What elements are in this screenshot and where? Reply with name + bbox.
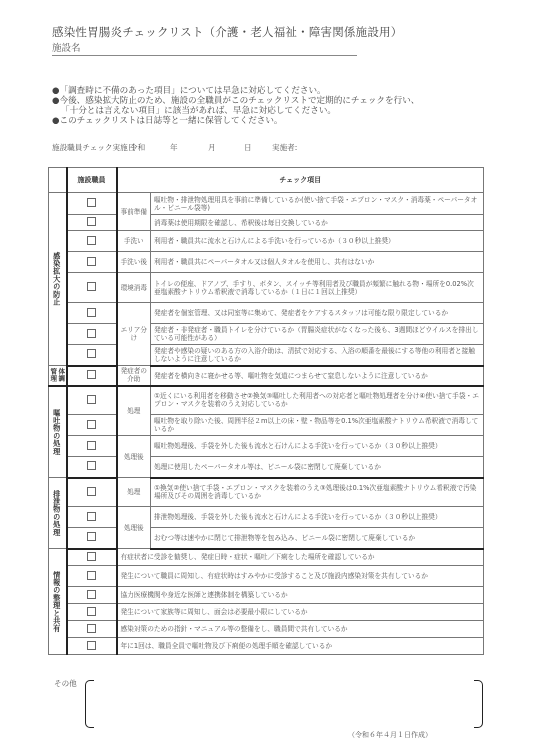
subcategory: 環境消毒 [117, 273, 151, 303]
check-item: トイレの便座、ドアノブ、手すり、ボタン、スイッチ等利用者及び職員が頻繁に触れる物… [151, 273, 484, 303]
facility-name-field[interactable]: 施設名 [52, 40, 357, 56]
table-row: 環境消毒 トイレの便座、ドアノブ、手すり、ボタン、スイッチ等利用者及び職員が頻繁… [49, 273, 484, 303]
subcategory: 処理後 [117, 507, 151, 549]
check-item: 年に1回は、職員全員で嘔吐物及び下痢便の処理手順を確認しているか [117, 638, 484, 655]
checkbox[interactable] [87, 420, 96, 429]
check-item: 嘔吐物処理後、手袋を外した後も流水と石けんによる手洗いを行っているか（３０秒以上… [151, 436, 484, 457]
checkbox[interactable] [87, 282, 96, 291]
note-3: ●このチェックリストは日誌等と一緒に保管してください。 [52, 116, 532, 126]
other-notes-bracket-right [474, 680, 483, 728]
check-item: 協力医療機関や身近な医師と連携体制を構築しているか [117, 587, 484, 604]
check-item: 発生について家族等に周知し、面会は必要最小限にしているか [117, 604, 484, 621]
table-header-row: 施設職員 チェック項目 [49, 168, 484, 193]
check-item: 発生について職員に周知し、有症状時はすみやかに受診すること及び施設内感染対策を共… [117, 566, 484, 587]
category-information-sharing: 情報の整理と共有 [49, 549, 67, 655]
table-row: 年に1回は、職員全員で嘔吐物及び下痢便の処理手順を確認しているか [49, 638, 484, 655]
subcategory: 処理 [117, 386, 151, 436]
subcategory: 処理後 [117, 436, 151, 478]
table-row: 体調管理 発症者の介助 発症者を横向きに寝かせる等、嘔吐物を気道につまらせて窒息… [49, 366, 484, 386]
instructions: ●「調査時に不備のあった項目」については早急に対応してください。 ●今後、感染拡… [52, 86, 532, 126]
checkbox[interactable] [87, 329, 96, 338]
year-field[interactable]: 年 [170, 142, 208, 153]
checkbox[interactable] [87, 308, 96, 317]
check-item: 利用者・職員共に流水と石けんによる手洗いを行っているか（３０秒以上推奨） [151, 231, 484, 252]
category-infection-prevention: 感染拡大の防止 [49, 193, 67, 366]
inspector-field[interactable]: 実施者: [272, 142, 297, 153]
page-title: 感染性胃腸炎チェックリスト（介護・老人福祉・障害関係施設用） [52, 24, 402, 40]
checkbox[interactable] [87, 624, 96, 633]
note-1: ●「調査時に不備のあった項目」については早急に対応してください。 [52, 86, 532, 96]
table-row: 消毒薬は使用期限を確認し、希釈後は毎日交換しているか [49, 215, 484, 231]
items-header: チェック項目 [117, 168, 484, 193]
day-field[interactable]: 日 [244, 142, 272, 153]
category-header [49, 168, 67, 193]
table-row: 手洗い 利用者・職員共に流水と石けんによる手洗いを行っているか（３０秒以上推奨） [49, 231, 484, 252]
month-field[interactable]: 月 [208, 142, 244, 153]
category-vomit-handling: 嘔吐物の処理 [49, 386, 67, 478]
checkbox[interactable] [87, 370, 96, 379]
check-item: 発症者や感染の疑いのある方の入浴介助は、清拭で対応する、入浴の順番を最後にする等… [151, 345, 484, 366]
table-row: 協力医療機関や身近な医師と連携体制を構築しているか [49, 587, 484, 604]
table-row: 発生について職員に周知し、有症状時はすみやかに受診すること及び施設内感染対策を共… [49, 566, 484, 587]
check-item: 処理に使用したペーパータオル等は、ビニール袋に密閉して廃棄しているか [151, 457, 484, 478]
table-row: エリア分け 発症者を個室管理、又は同室等に集めて、発症者をケアするスタッフは可能… [49, 303, 484, 324]
checkbox[interactable] [87, 487, 96, 496]
check-date-label: 施設職員チェック実施日 [52, 142, 130, 153]
check-item: 発症者・非発症者・職員トイレを分けているか（胃腸炎症状がなくなった後も、3週間ほ… [151, 324, 484, 345]
checkbox[interactable] [87, 571, 96, 580]
checkbox[interactable] [87, 552, 96, 561]
table-row: 処理後 排泄物処理後、手袋を外した後も流水と石けんによる手洗いを行っているか（３… [49, 507, 484, 528]
table-row: 感染対策のための指針・マニュアル等の整備をし、職員間で共有しているか [49, 621, 484, 638]
staff-header: 施設職員 [67, 168, 117, 193]
check-item: 利用者・職員共にペーパータオル又は個人タオルを使用し、共有はないか [151, 252, 484, 273]
category-health-management: 体調管理 [49, 366, 67, 386]
subcategory: 手洗い [117, 231, 151, 252]
check-item: 有症状者に受診を勧奨し、発症日時・症状・嘔吐／下痢をした場所を確認しているか [117, 549, 484, 566]
checkbox[interactable] [87, 395, 96, 404]
subcategory: 処理 [117, 478, 151, 507]
table-row: 感染拡大の防止 事前準備 嘔吐物・排泄物処理用具を事前に準備しているか(使い捨て… [49, 193, 484, 215]
table-row: 嘔吐物を取り除いた後、周囲半径２m以上の床・壁・物品等を0.1%次亜塩素酸ナトリ… [49, 415, 484, 436]
check-item: 発症者を個室管理、又は同室等に集めて、発症者をケアするスタッフは可能な限り限定し… [151, 303, 484, 324]
checkbox[interactable] [87, 217, 96, 226]
check-date-line: 施設職員チェック実施日令和年月日実施者: [52, 142, 297, 153]
table-row: おむつ等は速やかに閉じて排泄物等を包み込み、ビニール袋に密閉して廃棄しているか [49, 528, 484, 549]
table-row: 処理後 嘔吐物処理後、手袋を外した後も流水と石けんによる手洗いを行っているか（３… [49, 436, 484, 457]
subcategory: 事前準備 [117, 193, 151, 231]
table-row: 発症者・非発症者・職員トイレを分けているか（胃腸炎症状がなくなった後も、3週間ほ… [49, 324, 484, 345]
check-item: 感染対策のための指針・マニュアル等の整備をし、職員間で共有しているか [117, 621, 484, 638]
table-row: 発症者や感染の疑いのある方の入浴介助は、清拭で対応する、入浴の順番を最後にする等… [49, 345, 484, 366]
checkbox[interactable] [87, 532, 96, 541]
category-excreta-handling: 排泄物の処理 [49, 478, 67, 549]
table-row: 嘔吐物の処理 処理 ①近くにいる利用者を移動させ②換気③嘔吐した利用者への対応者… [49, 386, 484, 415]
note-2-cont: 「十分とは言えない項目」に該当があれば、早急に対応してください。 [52, 106, 532, 116]
table-row: 発生について家族等に周知し、面会は必要最小限にしているか [49, 604, 484, 621]
check-item: 排泄物処理後、手袋を外した後も流水と石けんによる手洗いを行っているか（３０秒以上… [151, 507, 484, 528]
subcategory: エリア分け [117, 303, 151, 366]
checkbox[interactable] [87, 590, 96, 599]
subcategory: 手洗い後 [117, 252, 151, 273]
check-item: ①近くにいる利用者を移動させ②換気③嘔吐した利用者への対応者と嘔吐物処理者を分け… [151, 386, 484, 415]
check-item: 嘔吐物を取り除いた後、周囲半径２m以上の床・壁・物品等を0.1%次亜塩素酸ナトリ… [151, 415, 484, 436]
check-item: 消毒薬は使用期限を確認し、希釈後は毎日交換しているか [151, 215, 484, 231]
checkbox[interactable] [87, 461, 96, 470]
table-row: 処理に使用したペーパータオル等は、ビニール袋に密閉して廃棄しているか [49, 457, 484, 478]
table-row: 情報の整理と共有 有症状者に受診を勧奨し、発症日時・症状・嘔吐／下痢をした場所を… [49, 549, 484, 566]
checklist-table: 施設職員 チェック項目 感染拡大の防止 事前準備 嘔吐物・排泄物処理用具を事前に… [48, 167, 484, 655]
checkbox[interactable] [87, 236, 96, 245]
created-date: （令和６年４月１日作成） [348, 730, 432, 740]
era-label: 令和 [130, 142, 170, 153]
other-notes-field[interactable] [95, 680, 473, 726]
other-label: その他 [54, 678, 77, 689]
checkbox[interactable] [87, 441, 96, 450]
table-row: 手洗い後 利用者・職員共にペーパータオル又は個人タオルを使用し、共有はないか [49, 252, 484, 273]
subcategory: 発症者の介助 [117, 366, 151, 386]
checkbox[interactable] [87, 512, 96, 521]
check-item: おむつ等は速やかに閉じて排泄物等を包み込み、ビニール袋に密閉して廃棄しているか [151, 528, 484, 549]
checkbox[interactable] [87, 198, 96, 207]
checkbox[interactable] [87, 641, 96, 650]
check-item: 嘔吐物・排泄物処理用具を事前に準備しているか(使い捨て手袋・エプロン・マスク・消… [151, 193, 484, 215]
checkbox[interactable] [87, 257, 96, 266]
checkbox[interactable] [87, 607, 96, 616]
note-2: ●今後、感染拡大防止のため、施設の全職員がこのチェックリストで定期的にチェックを… [52, 96, 532, 106]
check-item: ①換気②使い捨て手袋・エプロン・マスクを装着のうえ③処理後は0.1%次亜塩素酸ナ… [151, 478, 484, 507]
other-notes-bracket-left [85, 680, 94, 728]
table-row: 排泄物の処理 処理 ①換気②使い捨て手袋・エプロン・マスクを装着のうえ③処理後は… [49, 478, 484, 507]
check-item: 発症者を横向きに寝かせる等、嘔吐物を気道につまらせて窒息しないように注意している… [151, 366, 484, 386]
checkbox[interactable] [87, 349, 96, 358]
